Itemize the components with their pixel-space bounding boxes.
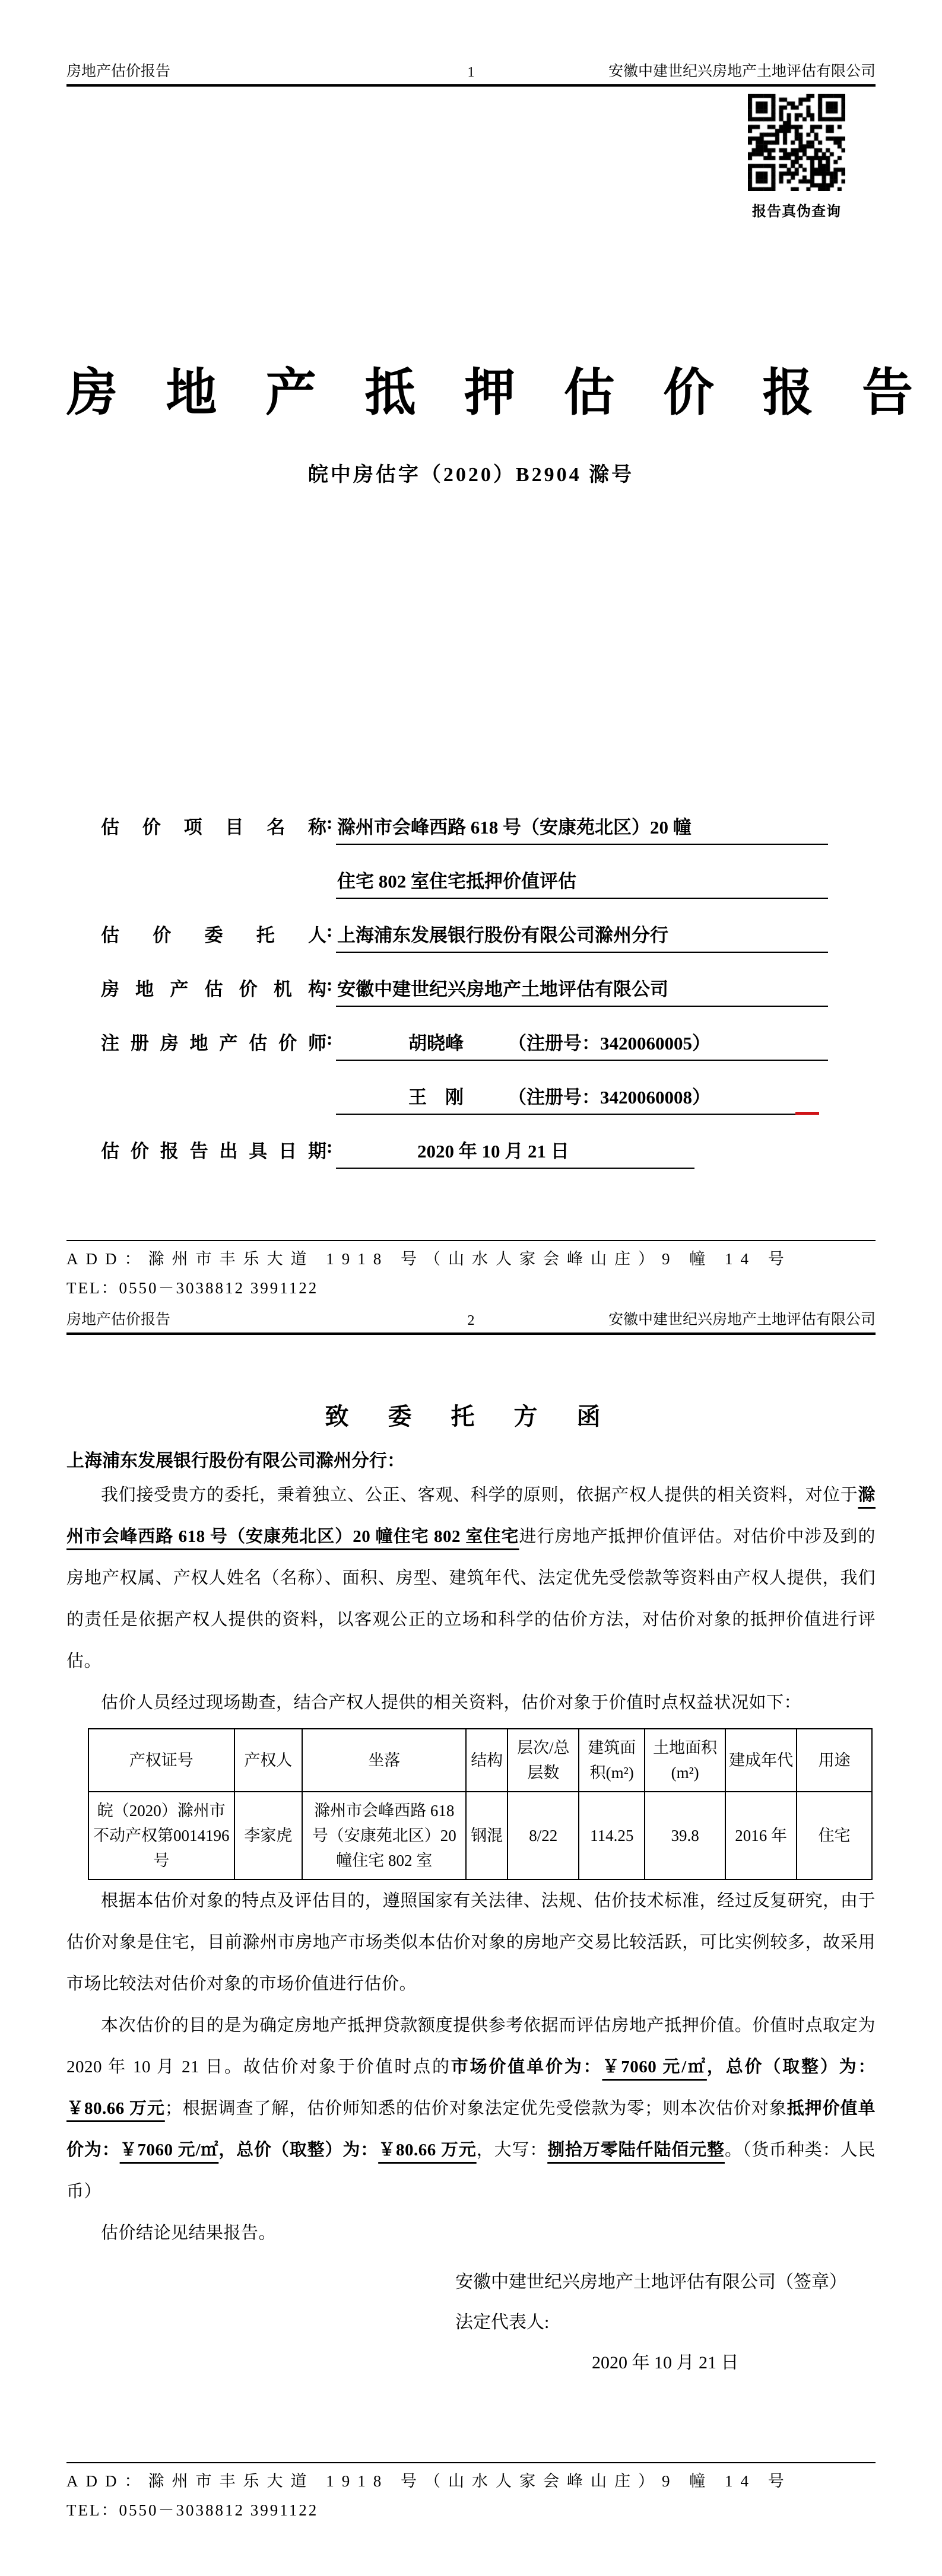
appraiser-name: 王 刚 <box>408 1087 464 1108</box>
report-date: 2020 年 10 月 21 日 <box>417 1141 569 1162</box>
text-run: 根据本估价对象的特点及评估目的，遵照国家有关法律、法规、估价技术标准，经过反复研… <box>66 1891 876 1993</box>
field-appraiser-1: 注册房地产估价师 : 胡晓峰（注册号：3420060005） <box>101 1028 828 1061</box>
field-value: 住宅 802 室住宅抵押价值评估 <box>336 866 828 899</box>
footer-address: ADD：滁州市丰乐大道 1918 号（山水人家会峰山庄）9 幢 14 号 <box>66 2468 876 2491</box>
footer-address: ADD：滁州市丰乐大道 1918 号（山水人家会峰山庄）9 幢 14 号 <box>66 1246 876 1269</box>
col-land-area: 土地面积(m²) <box>645 1729 725 1792</box>
report-title: 房 地 产 抵 押 估 价 报 告 <box>66 362 876 424</box>
field-value: 2020 年 10 月 21 日 <box>336 1136 694 1169</box>
cell-owner: 李家虎 <box>234 1792 303 1879</box>
appraiser-reg-no: （注册号：3420060005） <box>508 1033 711 1054</box>
paragraph-valuation-result: 本次估价的目的是为确定房地产抵押贷款额度提供参考依据而评估房地产抵押价值。价值时… <box>66 2005 876 2212</box>
field-spacer <box>101 866 336 899</box>
qr-caption: 报告真伪查询 <box>746 199 847 220</box>
page1-number: 1 <box>468 65 475 81</box>
appraiser-name: 胡晓峰 <box>408 1033 464 1054</box>
text-run: 进行房地产抵押价值评估。对估价中涉及到的房地产权属、产权人姓名（名称）、面积、房… <box>66 1527 876 1671</box>
field-appraiser-2: 王 刚（注册号：3420060008） <box>101 1082 828 1115</box>
signature-company: 安徽中建世纪兴房地产土地评估有限公司（签章） <box>455 2269 876 2295</box>
cell-structure: 钢混 <box>466 1792 508 1879</box>
col-structure: 结构 <box>466 1729 508 1792</box>
field-colon: : <box>326 1136 336 1169</box>
paragraph-entrustment: 我们接受贵方的委托，秉着独立、公正、客观、科学的原则，依据产权人提供的相关资料，… <box>66 1474 876 1682</box>
market-unit-price-label: 市场价值单价为： <box>451 2057 602 2076</box>
cell-use: 住宅 <box>797 1792 872 1879</box>
report-document: 房地产估价报告 1 安徽中建世纪兴房地产土地评估有限公司 报告真伪查询 房 地 … <box>0 0 942 2576</box>
table-data-row: 皖（2020）滁州市不动产权第0014196 号 李家虎 滁州市会峰西路 618… <box>88 1792 872 1879</box>
table-header-row: 产权证号 产权人 坐落 结构 层次/总层数 建筑面积(m²) 土地面积(m²) … <box>88 1729 872 1792</box>
letter-salutation: 上海浦东发展银行股份有限公司滁州分行： <box>66 1448 876 1474</box>
footer-telephone: TEL：0550－3038812 3991122 <box>66 2497 876 2520</box>
field-project-name-line2: 住宅 802 室住宅抵押价值评估 <box>101 866 828 899</box>
page1-footer: ADD：滁州市丰乐大道 1918 号（山水人家会峰山庄）9 幢 14 号 TEL… <box>66 1240 876 1298</box>
cell-cert-no: 皖（2020）滁州市不动产权第0014196 号 <box>88 1792 234 1879</box>
property-rights-table: 产权证号 产权人 坐落 结构 层次/总层数 建筑面积(m²) 土地面积(m²) … <box>88 1728 873 1880</box>
page2-number: 2 <box>468 1313 475 1329</box>
running-header-title: 房地产估价报告 <box>66 59 468 81</box>
property-table-wrap: 产权证号 产权人 坐落 结构 层次/总层数 建筑面积(m²) 土地面积(m²) … <box>88 1728 876 1880</box>
field-label: 房地产估价机构 <box>101 974 326 1007</box>
field-label: 估价报告出具日期 <box>101 1136 326 1169</box>
field-colon: : <box>326 1028 336 1061</box>
col-location: 坐落 <box>302 1729 466 1792</box>
col-cert-no: 产权证号 <box>88 1729 234 1792</box>
paragraph-inspection: 估价人员经过现场勘查，结合产权人提供的相关资料，估价对象于价值时点权益状况如下： <box>66 1682 876 1723</box>
mortgage-total-price-label: ，总价（取整）为： <box>218 2141 378 2160</box>
market-total-price-value: ￥80.66 万元 <box>66 2099 165 2118</box>
col-owner: 产权人 <box>234 1729 303 1792</box>
field-label: 注册房地产估价师 <box>101 1028 326 1061</box>
report-doc-number: 皖中房估字（2020）B2904 滁号 <box>66 458 876 487</box>
field-spacer <box>101 1082 336 1115</box>
field-colon: : <box>326 920 336 953</box>
field-label: 估价项目名称 <box>101 812 326 845</box>
page2-running-header: 房地产估价报告 2 安徽中建世纪兴房地产土地评估有限公司 <box>66 1308 876 1335</box>
field-value: 王 刚（注册号：3420060008） <box>336 1082 795 1115</box>
signature-legal-representative: 法定代表人: <box>455 2310 876 2336</box>
running-header-company: 安徽中建世纪兴房地产土地评估有限公司 <box>475 59 876 81</box>
mortgage-unit-price-value: ￥7060 元/㎡ <box>120 2141 219 2160</box>
field-value: 滁州市会峰西路 618 号（安康苑北区）20 幢 <box>336 812 828 845</box>
qr-code <box>748 94 845 191</box>
red-underline-mark <box>795 1082 819 1115</box>
signature-date: 2020 年 10 月 21 日 <box>592 2350 876 2376</box>
field-agency: 房地产估价机构 : 安徽中建世纪兴房地产土地评估有限公司 <box>101 974 828 1007</box>
text-run: 估价人员经过现场勘查，结合产权人提供的相关资料，估价对象于价值时点权益状况如下： <box>101 1693 801 1712</box>
paragraph-conclusion: 估价结论见结果报告。 <box>66 2212 876 2254</box>
footer-telephone: TEL：0550－3038812 3991122 <box>66 1275 876 1298</box>
cover-fields: 估价项目名称 : 滁州市会峰西路 618 号（安康苑北区）20 幢 住宅 802… <box>101 812 828 1169</box>
running-header-company: 安徽中建世纪兴房地产土地评估有限公司 <box>475 1308 876 1329</box>
page1-running-header: 房地产估价报告 1 安徽中建世纪兴房地产土地评估有限公司 <box>66 0 876 87</box>
market-total-price-label: ，总价（取整）为： <box>707 2057 876 2076</box>
text-run: ；根据调查了解，估价师知悉的估价对象法定优先受偿款为零；则本次估价对象 <box>165 2099 787 2118</box>
field-project-name: 估价项目名称 : 滁州市会峰西路 618 号（安康苑北区）20 幢 <box>101 812 828 845</box>
text-run: ，大写： <box>477 2141 548 2160</box>
field-label: 估价委托人 <box>101 920 326 953</box>
field-colon: : <box>326 812 336 845</box>
field-value: 上海浦东发展银行股份有限公司滁州分行 <box>336 920 828 953</box>
market-unit-price-value: ￥7060 元/㎡ <box>602 2057 706 2076</box>
mortgage-total-price-value: ￥80.66 万元 <box>378 2141 477 2160</box>
paragraph-method: 根据本估价对象的特点及评估目的，遵照国家有关法律、法规、估价技术标准，经过反复研… <box>66 1880 876 2005</box>
cell-floor: 8/22 <box>508 1792 579 1879</box>
letter-title: 致 委 托 方 函 <box>66 1398 876 1432</box>
col-building-area: 建筑面积(m²) <box>579 1729 645 1792</box>
page2-footer: ADD：滁州市丰乐大道 1918 号（山水人家会峰山庄）9 幢 14 号 TEL… <box>66 2462 876 2520</box>
col-floor: 层次/总层数 <box>508 1729 579 1792</box>
amount-in-words: 捌拾万零陆仟陆佰元整 <box>547 2141 725 2160</box>
cell-building-area: 114.25 <box>579 1792 645 1879</box>
cell-location: 滁州市会峰西路 618 号（安康苑北区）20 幢住宅 802 室 <box>302 1792 466 1879</box>
qr-block: 报告真伪查询 <box>746 94 847 220</box>
field-client: 估价委托人 : 上海浦东发展银行股份有限公司滁州分行 <box>101 920 828 953</box>
field-value: 胡晓峰（注册号：3420060005） <box>336 1028 828 1061</box>
running-header-title: 房地产估价报告 <box>66 1308 468 1329</box>
appraiser-reg-no: （注册号：3420060008） <box>508 1087 711 1108</box>
text-run: 我们接受贵方的委托，秉着独立、公正、客观、科学的原则，依据产权人提供的相关资料，… <box>101 1486 858 1505</box>
col-year-built: 建成年代 <box>725 1729 797 1792</box>
col-use: 用途 <box>797 1729 872 1792</box>
cell-year-built: 2016 年 <box>725 1792 797 1879</box>
text-run: 估价结论见结果报告。 <box>101 2224 276 2243</box>
field-value: 安徽中建世纪兴房地产土地评估有限公司 <box>336 974 828 1007</box>
cell-land-area: 39.8 <box>645 1792 725 1879</box>
field-report-date: 估价报告出具日期 : 2020 年 10 月 21 日 <box>101 1136 828 1169</box>
field-colon: : <box>326 974 336 1007</box>
